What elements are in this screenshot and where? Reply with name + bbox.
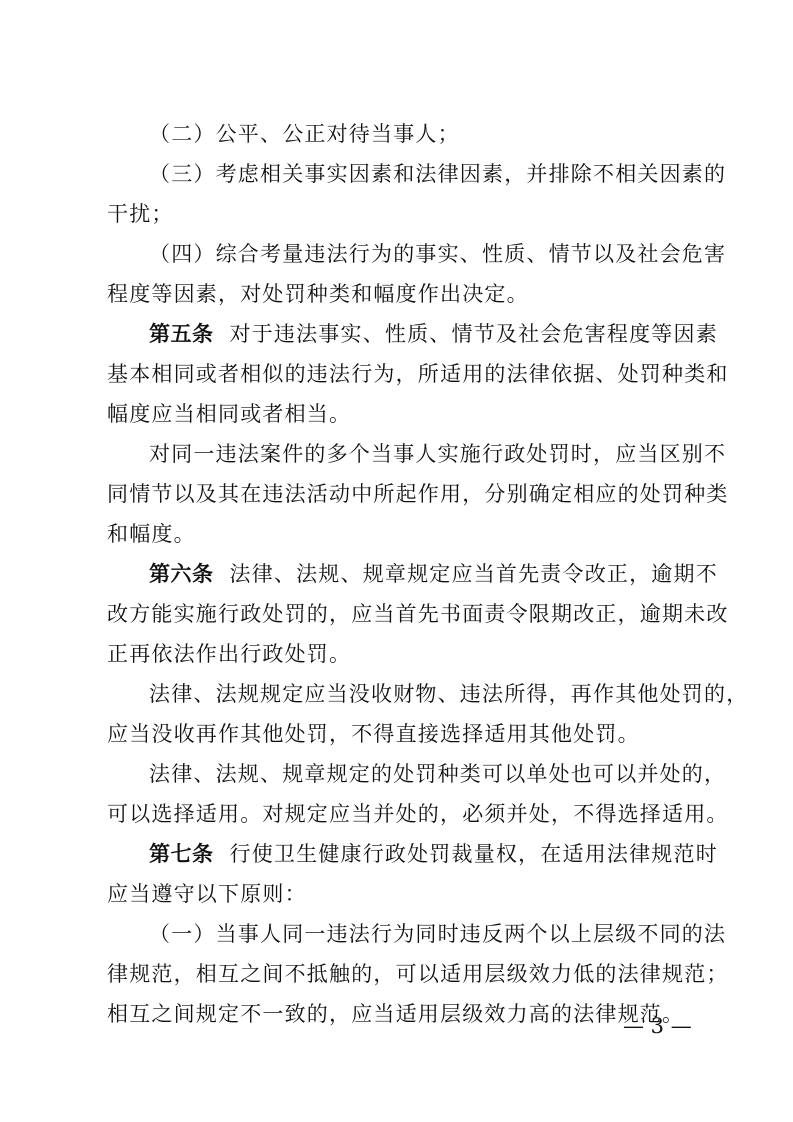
article-7-heading-line: 第七条行使卫生健康行政处罚裁量权，在适用法律规范时 (149, 840, 718, 868)
text-line: 可以选择适用。对规定应当并处的，必须并处，不得选择适用。 (107, 800, 729, 828)
line-text: 可以选择适用。对规定应当并处的，必须并处，不得选择适用。 (107, 802, 729, 826)
line-text: 和幅度。 (107, 522, 196, 546)
text-line: 基本相同或者相似的违法行为，所适用的法律依据、处罚种类和 (107, 360, 729, 388)
text-line: （四）综合考量违法行为的事实、性质、情节以及社会危害 (149, 240, 726, 268)
line-text: 法律、法规规定应当没收财物、违法所得，再作其他处罚的， (149, 682, 748, 706)
line-text: （一）当事人同一违法行为同时违反两个以上层级不同的法 (149, 922, 726, 946)
line-text: 相互之间规定不一致的，应当适用层级效力高的法律规范。 (107, 1002, 684, 1026)
text-line: （一）当事人同一违法行为同时违反两个以上层级不同的法 (149, 920, 726, 948)
line-text: 应当没收再作其他处罚，不得直接选择适用其他处罚。 (107, 722, 640, 746)
text-line: 法律、法规、规章规定的处罚种类可以单处也可以并处的， (149, 760, 726, 788)
text-line: 同情节以及其在违法活动中所起作用，分别确定相应的处罚种类 (107, 480, 729, 508)
text-line: 改方能实施行政处罚的，应当首先书面责令限期改正，逾期未改 (107, 600, 729, 628)
article-5-heading-line: 第五条对于违法事实、性质、情节及社会危害程度等因素 (149, 320, 718, 348)
line-text: 同情节以及其在违法活动中所起作用，分别确定相应的处罚种类 (107, 482, 729, 506)
text-line: 相互之间规定不一致的，应当适用层级效力高的法律规范。 (107, 1000, 684, 1028)
line-text: （二）公平、公正对待当事人； (149, 122, 460, 146)
line-text: 行使卫生健康行政处罚裁量权，在适用法律规范时 (230, 842, 718, 866)
line-text: 法律、法规、规章规定应当首先责令改正，逾期不 (230, 562, 718, 586)
article-label: 第六条 (149, 562, 214, 586)
line-text: 基本相同或者相似的违法行为，所适用的法律依据、处罚种类和 (107, 362, 729, 386)
text-line: 正再依法作出行政处罚。 (107, 640, 351, 668)
line-text: 正再依法作出行政处罚。 (107, 642, 351, 666)
line-text: 对同一违法案件的多个当事人实施行政处罚时，应当区别不 (149, 442, 726, 466)
text-line: 对同一违法案件的多个当事人实施行政处罚时，应当区别不 (149, 440, 726, 468)
text-line: 律规范，相互之间不抵触的，可以适用层级效力低的法律规范； (107, 960, 729, 988)
line-text: 干扰； (107, 202, 174, 226)
line-text: 法律、法规、规章规定的处罚种类可以单处也可以并处的， (149, 762, 726, 786)
article-6-heading-line: 第六条法律、法规、规章规定应当首先责令改正，逾期不 (149, 560, 718, 588)
line-text: 幅度应当相同或者相当。 (107, 402, 351, 426)
text-line: 应当遵守以下原则： (107, 880, 307, 908)
line-text: （四）综合考量违法行为的事实、性质、情节以及社会危害 (149, 242, 726, 266)
text-line: 法律、法规规定应当没收财物、违法所得，再作其他处罚的， (149, 680, 748, 708)
line-text: （三）考虑相关事实因素和法律因素，并排除不相关因素的 (149, 162, 726, 186)
text-line: 干扰； (107, 200, 174, 228)
line-text: 律规范，相互之间不抵触的，可以适用层级效力低的法律规范； (107, 962, 729, 986)
text-line: 程度等因素，对处罚种类和幅度作出决定。 (107, 280, 529, 308)
article-label: 第五条 (149, 322, 214, 346)
line-text: 改方能实施行政处罚的，应当首先书面责令限期改正，逾期未改 (107, 602, 729, 626)
text-line: （二）公平、公正对待当事人； (149, 120, 460, 148)
text-line: 幅度应当相同或者相当。 (107, 400, 351, 428)
text-line: 应当没收再作其他处罚，不得直接选择适用其他处罚。 (107, 720, 640, 748)
text-line: （三）考虑相关事实因素和法律因素，并排除不相关因素的 (149, 160, 726, 188)
article-label: 第七条 (149, 842, 214, 866)
line-text: 应当遵守以下原则： (107, 882, 307, 906)
page-number: — 3 — (623, 1012, 692, 1040)
line-text: 对于违法事实、性质、情节及社会危害程度等因素 (230, 322, 718, 346)
line-text: 程度等因素，对处罚种类和幅度作出决定。 (107, 282, 529, 306)
text-line: 和幅度。 (107, 520, 196, 548)
